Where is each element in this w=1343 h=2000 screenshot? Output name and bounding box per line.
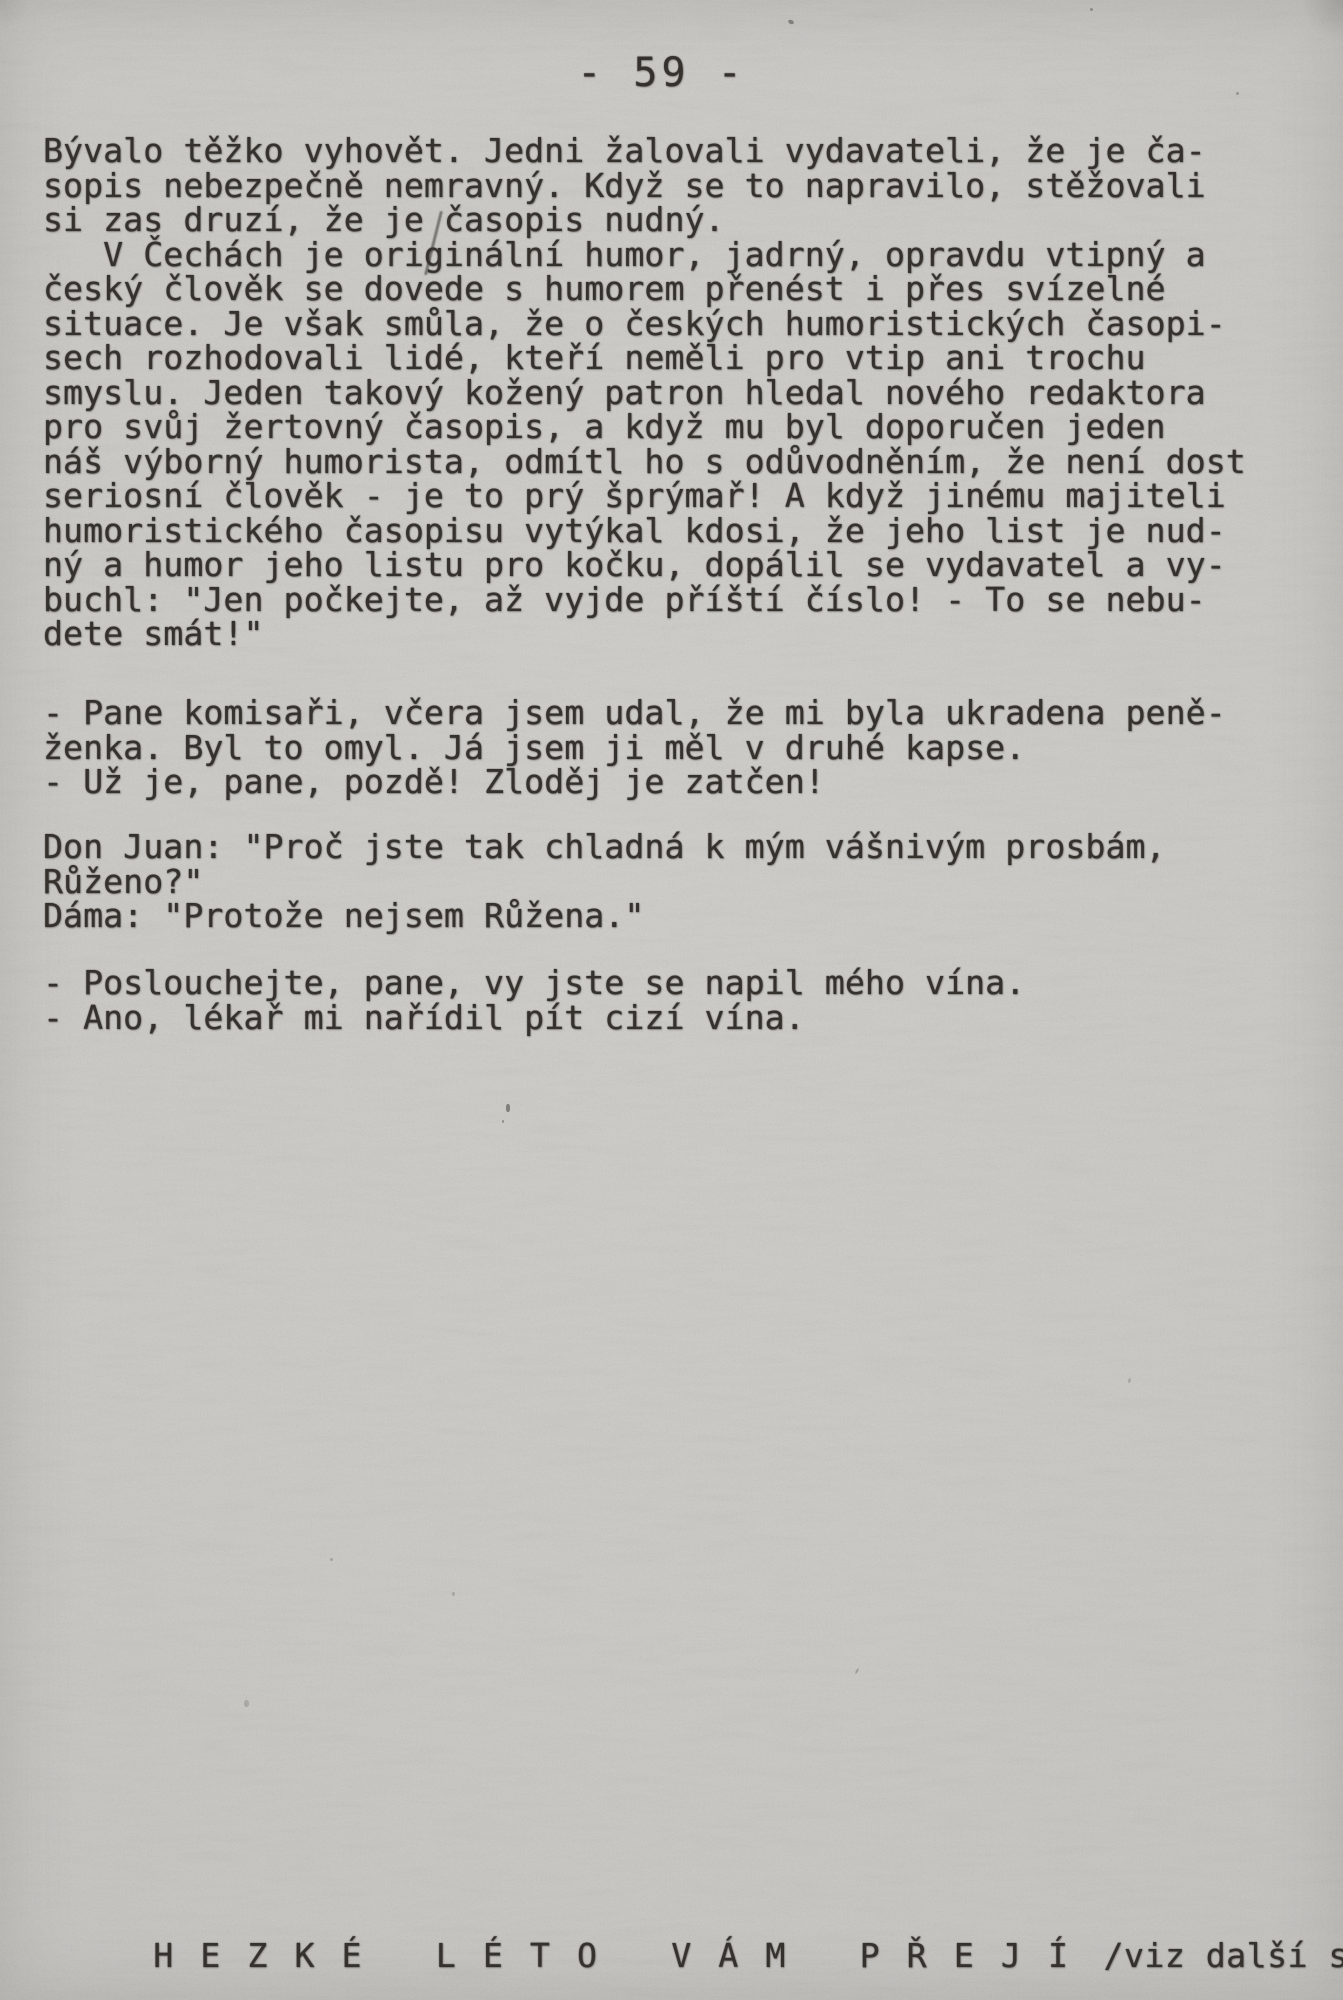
paper-speck — [502, 1120, 504, 1123]
joke-wine: - Poslouchejte, pane, vy jste se napil m… — [43, 966, 1025, 1035]
page-number: - 59 - — [0, 56, 1333, 91]
scanned-typewritten-page: - 59 - Bývalo těžko vyhovět. Jedni žalov… — [0, 0, 1343, 2000]
paper-speck — [1127, 1378, 1131, 1384]
joke-don-juan: Don Juan: "Proč jste tak chladná k mým v… — [43, 830, 1166, 934]
paper-speck — [330, 1558, 333, 1561]
paper-speck — [452, 1592, 455, 1596]
paper-speck — [855, 1668, 860, 1674]
paper-speck — [1236, 92, 1239, 95]
footer-line: H E Z K É L É T O V Á M P Ř E J Í/viz da… — [73, 1904, 1343, 2000]
main-paragraph: Bývalo těžko vyhovět. Jedni žalovali vyd… — [43, 134, 1246, 652]
paper-speck — [787, 19, 794, 25]
paper-speck — [1090, 8, 1093, 11]
footer-note: /viz další strana/ — [1104, 1936, 1343, 1975]
joke-pickpocket: - Pane komisaři, včera jsem udal, že mi … — [43, 696, 1226, 800]
paper-speck — [506, 1104, 510, 1112]
footer-greeting: H E Z K É L É T O V Á M P Ř E J Í — [153, 1936, 1071, 1975]
paper-speck — [244, 1700, 249, 1707]
